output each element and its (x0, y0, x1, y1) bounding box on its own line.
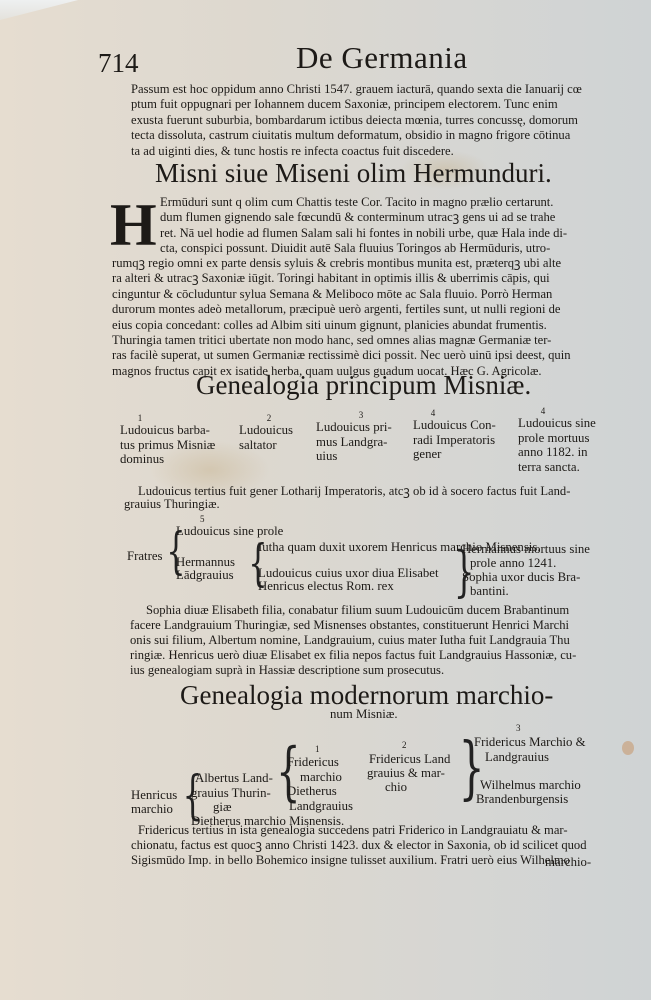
fridericus-paragraph: Fridericus tertius in ista genealogia su… (138, 823, 568, 838)
misni-paragraph-indented: Ermūduri sunt q olim cum Chattis teste C… (160, 195, 567, 257)
generation-number: 4 (413, 408, 453, 418)
page-number: 714 (98, 48, 139, 79)
text-line: Ludouicus (239, 423, 299, 438)
tree-node: Dietherus (287, 784, 337, 799)
section-heading-cont: num Misniæ. (330, 707, 398, 722)
text-line: Ermūduri sunt q olim cum Chattis teste C… (160, 195, 567, 210)
text-line: Ludouicus barba- (120, 423, 215, 438)
tree-node: giæ (213, 800, 232, 815)
tree-node: Henricus electus Rom. rex (258, 579, 394, 594)
generation-number: 1 (315, 744, 320, 754)
tree-node: Lādgrauius (176, 568, 234, 583)
tree-node: Albertus Land- (195, 771, 273, 786)
text-line: Fridericus tertius in ista genealogia su… (138, 823, 568, 838)
text-line: Ludouicus pri- (316, 420, 406, 435)
text-line: anno 1182. in (518, 445, 596, 460)
tree-node: chio (385, 780, 407, 795)
text-line: tus primus Misniæ (120, 438, 215, 453)
genealogy-note-cont: grauius Thuringiæ. (124, 497, 220, 512)
text-line: radi Imperatoris (413, 433, 496, 448)
generation-number: 2 (402, 740, 407, 750)
text-line: gener (413, 447, 496, 462)
tree-node: Hermannus mortuus sine (462, 542, 590, 557)
text-line: chionatu, factus est quocꝫ anno Christi … (131, 838, 587, 853)
text-line: cta, conspici possunt. Diuidit autē Sala… (160, 241, 567, 256)
generation-number: 3 (516, 723, 521, 733)
misni-paragraph: rumqꝫ regio omni ex parte densis syluis … (112, 256, 571, 379)
tree-node: Fridericus Land (369, 752, 450, 767)
text-line: exusta fuerunt suburbia, bombardarum ict… (131, 113, 582, 128)
tree-root: marchio (131, 802, 173, 817)
text-line: Thuringia tamen tritici ubertate non mod… (112, 333, 571, 348)
text-line: rumqꝫ regio omni ex parte densis syluis … (112, 256, 571, 271)
tree-node: Brandenburgensis (476, 792, 568, 807)
tree-node: Fridericus (287, 755, 339, 770)
generation-number: 4 (518, 406, 568, 416)
tree-node: grauius Thurin- (191, 786, 271, 801)
tree-node: marchio (300, 770, 342, 785)
tree-node: prole anno 1241. (470, 556, 556, 571)
text-line: dominus (120, 452, 215, 467)
text-line: facere Landgrauium Thuringiæ, sed Misnen… (130, 618, 576, 633)
tree-node: Landgrauius (485, 750, 549, 765)
text-line: Ludouicus Con- (413, 418, 496, 433)
text-line: mus Landgra- (316, 435, 406, 450)
text-line: ptum fuit oppugnari per Iohannem ducem S… (131, 97, 582, 112)
tree-node: grauius & mar- (367, 766, 445, 781)
tree-node: Wilhelmus marchio (480, 778, 581, 793)
tree-node: Sophia uxor ducis Bra- (462, 570, 580, 585)
text-line: ius genealogiam suprà in Hassiæ descript… (130, 663, 576, 678)
text-line: cinguntur & cōcluduntur sylua Semana & M… (112, 287, 571, 302)
section-heading-misni: Misni siue Miseni olim Hermunduri. (155, 158, 552, 189)
generation-4: 4 Ludouicus Con- radi Imperatoris gener (413, 408, 496, 462)
intro-paragraph: Passum est hoc oppidum anno Christi 1547… (131, 82, 582, 159)
generation-4b: 4 Ludouicus sine prole mortuus anno 1182… (518, 406, 596, 474)
text-line: tecta dissoluta, castrum ciuitatis multu… (131, 128, 582, 143)
text-line: ta ad uiginti dies, & tunc hostis re inf… (131, 144, 582, 159)
generation-number: 3 (316, 410, 406, 420)
generation-1: 1 Ludouicus barba- tus primus Misniæ dom… (120, 413, 215, 467)
tree-node: Fridericus Marchio & (474, 735, 586, 750)
generation-2: 2 Ludouicus saltator (239, 413, 299, 452)
tree-node: Landgrauius (289, 799, 353, 814)
text-line: dum flumen gignendo sale fœcundū & conte… (160, 210, 567, 225)
text-line: ra alteri & utracꝫ Saxoniæ iūgit. Toring… (112, 271, 571, 286)
text-line: onis sui filium, Albertum nomine, Landgr… (130, 633, 576, 648)
text-line: ringiæ. Henricus uerò diuæ Elisabet ex f… (130, 648, 576, 663)
generation-number: 1 (120, 413, 160, 423)
text-line: terra sancta. (518, 460, 596, 475)
generation-number: 2 (239, 413, 299, 423)
fridericus-paragraph-cont: chionatu, factus est quocꝫ anno Christi … (131, 838, 587, 868)
text-line: Sophia diuæ Elisabeth filia, conabatur f… (130, 603, 576, 618)
text-line: durorum montes adeò metallorum, præcipuè… (112, 302, 571, 317)
text-line: Sigismūdo Imp. in bello Bohemico insigne… (131, 853, 587, 868)
text-line: prole mortuus (518, 431, 596, 446)
text-line: saltator (239, 438, 299, 453)
page-edge-overlay (0, 0, 651, 20)
generation-3: 3 Ludouicus pri- mus Landgra- uius (316, 410, 406, 464)
tree-node: bantini. (470, 584, 509, 599)
text-line: Ludouicus sine (518, 416, 596, 431)
paper-spot (622, 741, 634, 755)
text-line: uius (316, 449, 406, 464)
catchword: marchio- (545, 855, 591, 870)
generation-number: 5 (200, 514, 205, 524)
running-head: De Germania (296, 40, 468, 76)
section-heading-genealogia-principum: Genealogia principum Misniæ. (196, 370, 531, 401)
tree-root: Henricus (131, 788, 177, 803)
text-line: grauius Thuringiæ. (124, 497, 220, 512)
sophia-paragraph: Sophia diuæ Elisabeth filia, conabatur f… (130, 603, 576, 678)
text-line: Passum est hoc oppidum anno Christi 1547… (131, 82, 582, 97)
tree-root: Fratres (127, 549, 163, 564)
text-line: ras facilè superat, ut sumen Germaniæ re… (112, 348, 571, 363)
text-line: eius copia concedant: colles ad Albim si… (112, 318, 571, 333)
text-line: ret. Nā uel hodie ad flumen Salam sali h… (160, 226, 567, 241)
drop-cap: H (110, 195, 157, 255)
